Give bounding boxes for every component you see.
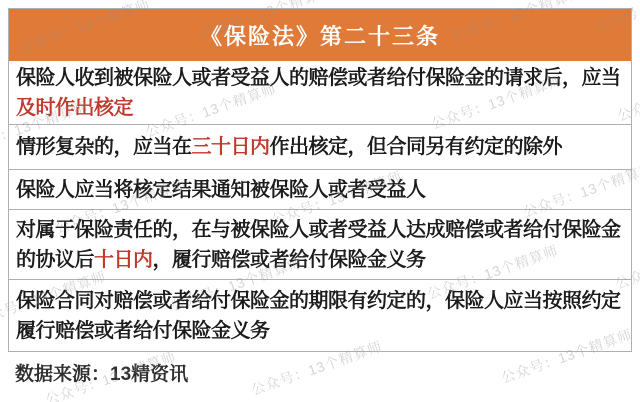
clause-text: 保险人收到被保险人或者受益人的赔偿或者给付保险金的请求后，应当及时作出核定: [16, 63, 624, 123]
clause-text: 对属于保险责任的，在与被保险人或者受益人达成赔偿或者给付保险金的协议后十日内，履…: [16, 215, 624, 275]
clause-text: 情形复杂的，应当在三十日内作出核定，但合同另有约定的除外: [16, 132, 562, 162]
law-clause-row-5: 保险合同对赔偿或者给付保险金的期限有约定的，保险人应当按照约定履行赔偿或者给付保…: [9, 279, 631, 351]
clause-segment-highlight: 三十日内: [192, 136, 270, 158]
clause-segment-highlight: 十日内: [94, 249, 153, 271]
clause-text: 保险人应当将核定结果通知被保险人或者受益人: [16, 175, 426, 205]
data-source-label: 数据来源：13精资讯: [15, 359, 188, 386]
clause-segment: ，履行赔偿或者给付保险金义务: [153, 249, 426, 271]
clause-segment: 保险人应当将核定结果通知被保险人或者受益人: [16, 179, 426, 201]
law-clause-row-1: 保险人收到被保险人或者受益人的赔偿或者给付保险金的请求后，应当及时作出核定: [9, 61, 631, 124]
clause-text: 保险合同对赔偿或者给付保险金的期限有约定的，保险人应当按照约定履行赔偿或者给付保…: [16, 286, 624, 346]
law-clause-row-4: 对属于保险责任的，在与被保险人或者受益人达成赔偿或者给付保险金的协议后十日内，履…: [9, 209, 631, 279]
article-title: 《保险法》第二十三条: [200, 20, 440, 51]
clause-segment: 作出核定，但合同另有约定的除外: [270, 136, 563, 158]
clause-segment: 保险合同对赔偿或者给付保险金的期限有约定的，保险人应当按照约定履行赔偿或者给付保…: [16, 290, 621, 342]
clause-segment-highlight: 及时作出核定: [16, 97, 133, 119]
clause-segment: 保险人收到被保险人或者受益人的赔偿或者给付保险金的请求后，应当: [16, 67, 621, 89]
law-clause-row-3: 保险人应当将核定结果通知被保险人或者受益人: [9, 169, 631, 209]
law-clause-row-2: 情形复杂的，应当在三十日内作出核定，但合同另有约定的除外: [9, 124, 631, 169]
infographic-page: 公众号：13个精算师 公众号：13个精算师 公众号：13个精算师 公众号：13个…: [0, 0, 640, 402]
law-article-box: 《保险法》第二十三条 保险人收到被保险人或者受益人的赔偿或者给付保险金的请求后，…: [8, 8, 632, 352]
clause-segment: 情形复杂的，应当在: [16, 136, 192, 158]
article-header: 《保险法》第二十三条: [9, 9, 631, 61]
